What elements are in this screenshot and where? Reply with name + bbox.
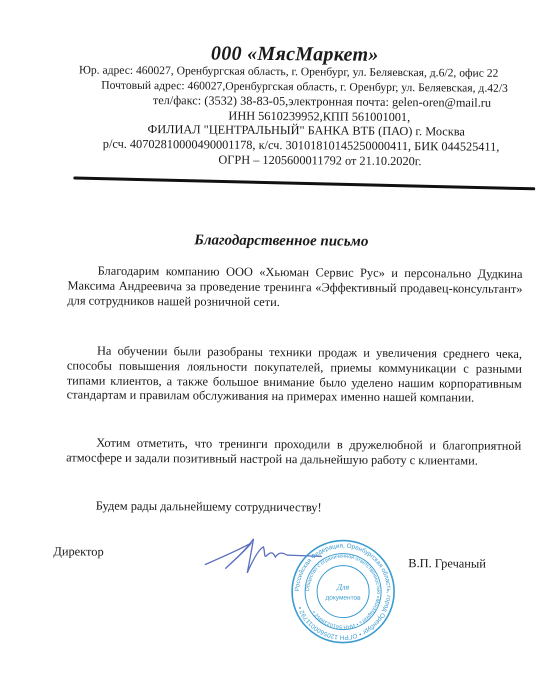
paragraph-2: На обучении были разобраны техники прода… bbox=[67, 343, 522, 406]
paragraph-3: Хотим отметить, что тренинги проходили в… bbox=[66, 435, 521, 468]
paragraph-1: Благодарим компанию ООО «Хьюман Сервис Р… bbox=[67, 263, 522, 311]
header-divider bbox=[73, 176, 535, 190]
letter-title: Благодарственное письмо bbox=[9, 231, 545, 252]
letterhead: 000 «МясМаркет» Юр. адрес: 460027, Оренб… bbox=[1, 41, 545, 169]
letter-page: 000 «МясМаркет» Юр. адрес: 460027, Оренб… bbox=[0, 0, 545, 700]
signer-role: Директор bbox=[53, 544, 103, 559]
svg-text:документов: документов bbox=[325, 594, 361, 601]
signer-name: В.П. Гречаный bbox=[408, 556, 486, 572]
svg-text:Для: Для bbox=[336, 583, 350, 592]
paragraph-4: Будем рады дальнейшему сотрудничеству! bbox=[66, 498, 521, 516]
company-stamp-icon: Российская Федерация, Оренбургская облас… bbox=[290, 538, 397, 645]
